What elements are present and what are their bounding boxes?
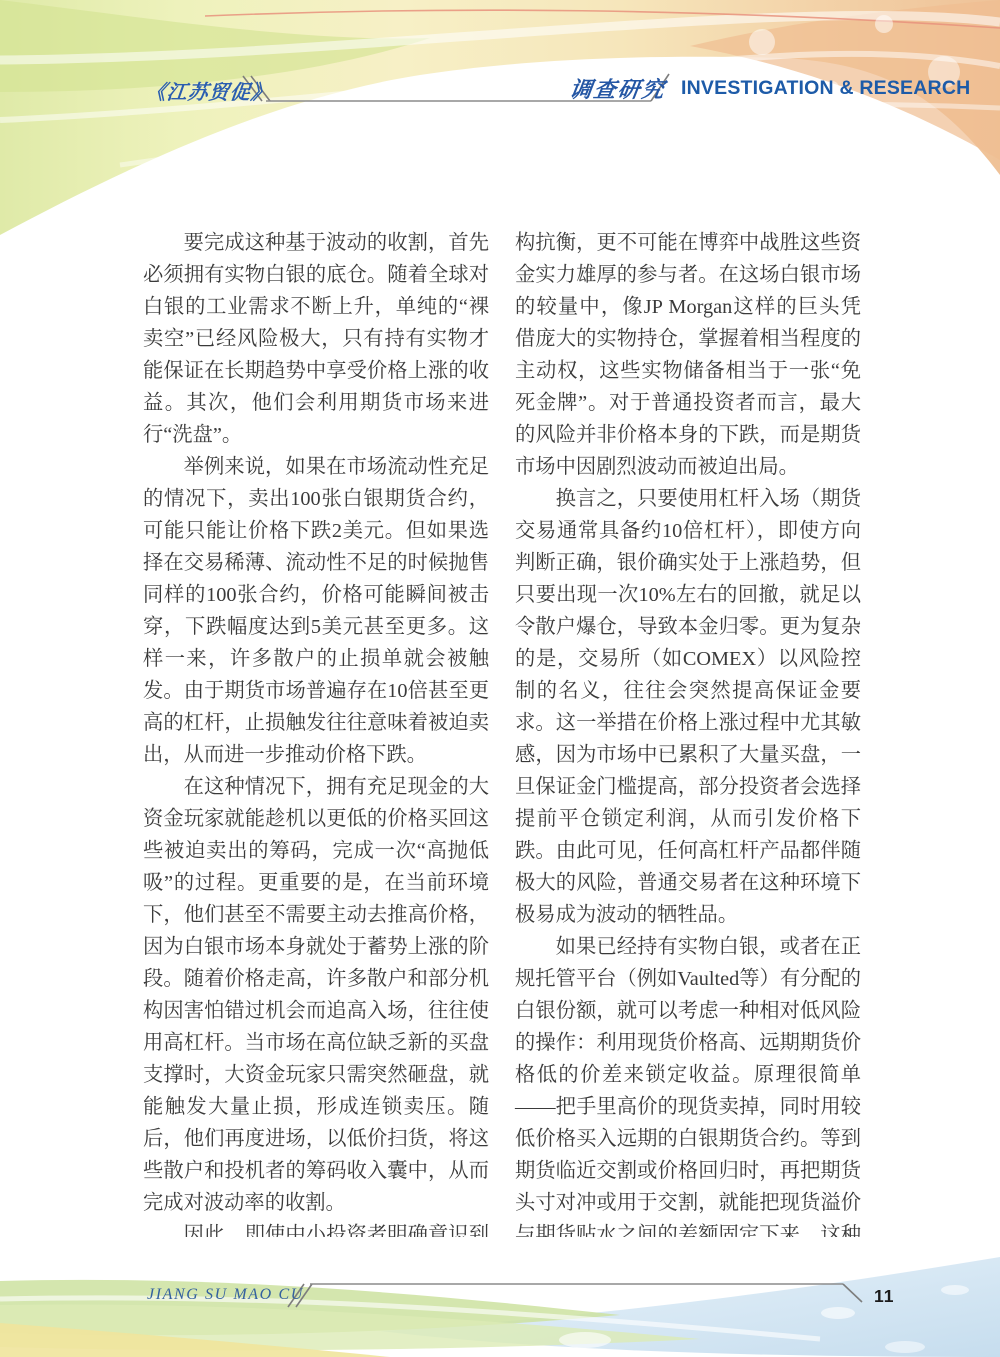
paragraph: 在这种情况下，拥有充足现金的大资金玩家就能趁机以更低的价格买回这些被迫卖出的筹码… bbox=[143, 771, 489, 1219]
right-column: 构抗衡，更不可能在博弈中战胜这些资金实力雄厚的参与者。在这场白银市场的较量中，像… bbox=[515, 227, 861, 1237]
section-title-english: INVESTIGATION & RESEARCH bbox=[681, 77, 970, 100]
left-column: 要完成这种基于波动的收割，首先必须拥有实物白银的底仓。随着全球对白银的工业需求不… bbox=[143, 227, 489, 1237]
article-body: 要完成这种基于波动的收割，首先必须拥有实物白银的底仓。随着全球对白银的工业需求不… bbox=[143, 227, 861, 1237]
journal-name-footer: JIANG SU MAO CU bbox=[147, 1286, 304, 1304]
paragraph: 因此，即使中小投资者明确意识到白银市场正处于历史性的供应短缺，价格呈现长期上升趋… bbox=[143, 1219, 489, 1237]
section-title-chinese: 调查研究 bbox=[568, 73, 668, 104]
magazine-page: 《江苏贸促》 调查研究 INVESTIGATION & RESEARCH 要完成… bbox=[0, 0, 1000, 1357]
page-number: 11 bbox=[874, 1286, 895, 1307]
paragraph: 如果已经持有实物白银，或者在正规托管平台（例如Vaulted等）有分配的白银份额… bbox=[515, 931, 861, 1237]
paragraph: 举例来说，如果在市场流动性充足的情况下，卖出100张白银期货合约，可能只能让价格… bbox=[143, 451, 489, 771]
paragraph: 要完成这种基于波动的收割，首先必须拥有实物白银的底仓。随着全球对白银的工业需求不… bbox=[143, 227, 489, 451]
paragraph: 构抗衡，更不可能在博弈中战胜这些资金实力雄厚的参与者。在这场白银市场的较量中，像… bbox=[515, 227, 861, 483]
paragraph: 换言之，只要使用杠杆入场（期货交易通常具备约10倍杠杆），即使方向判断正确，银价… bbox=[515, 483, 861, 931]
journal-logo: 《江苏贸促》 bbox=[144, 76, 273, 105]
top-wave-decoration bbox=[0, 0, 1000, 240]
